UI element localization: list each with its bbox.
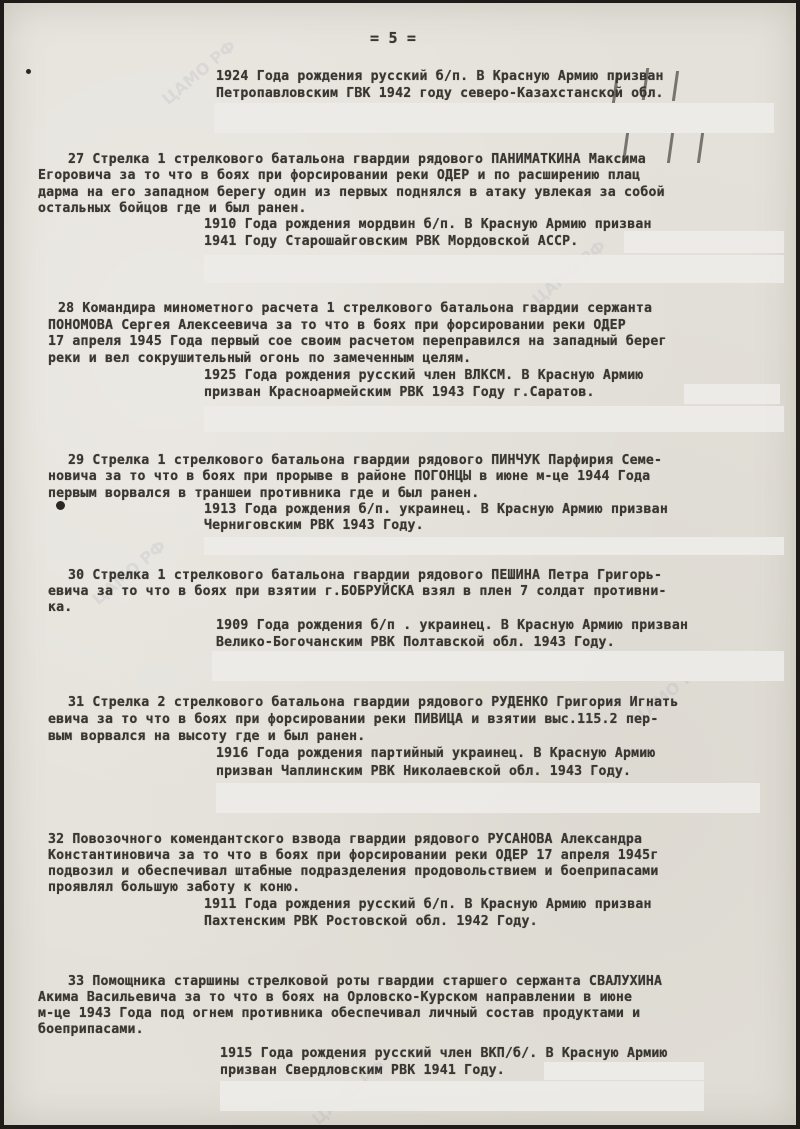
text-line: Петропавловским ГВК 1942 году северо-Каз… [216, 87, 664, 101]
ink-mark [672, 71, 679, 101]
text-line: 1911 Года рождения русский б/п. В Красну… [204, 898, 652, 912]
redaction-box [204, 406, 784, 432]
text-line: ПОНОМОВА Сергея Алексеевича за то что в … [48, 319, 626, 333]
text-line: 31 Стрелка 2 стрелкового батальона гвард… [68, 696, 678, 710]
redaction-box [212, 651, 784, 681]
page-number: = 5 = [370, 31, 416, 45]
text-line: 1915 Года рождения русский член ВКП/б/. … [220, 1047, 668, 1061]
text-line: 1916 Года рождения партийный украинец. В… [216, 747, 656, 761]
text-line: призван Свердловским РВК 1941 Году. [220, 1064, 505, 1078]
text-line: дарма на его западном берегу один из пер… [38, 186, 665, 200]
text-line: м-це 1943 Года под огнем противника обес… [38, 1007, 640, 1021]
text-line: призван Чаплинским РВК Николаевской обл.… [216, 765, 631, 779]
text-line: 1924 Года рождения русский б/п. В Красну… [216, 70, 664, 84]
text-line: первым ворвался в траншеи противника где… [48, 487, 479, 501]
document-page: ЦАМО РФ ЦАМО РФ ЦАМО РФ ЦАМО РФ ЦАМО РФ … [4, 3, 796, 1125]
redaction-box [204, 255, 784, 283]
text-line: 1909 Года рождения б/п . украинец. В Кра… [216, 619, 688, 633]
text-line: ка. [48, 601, 72, 615]
redaction-box [216, 783, 760, 813]
text-line: 1925 Года рождения русский член ВЛКСМ. В… [204, 369, 644, 383]
text-line: 29 Стрелка 1 стрелкового батальона гвард… [68, 454, 662, 468]
text-line: Константиновича за то что в боях при фор… [48, 849, 658, 863]
text-line: 17 апреля 1945 Года первый сое своим рас… [48, 335, 667, 349]
text-line: новича за то что в боях при прорыве в ра… [48, 470, 650, 484]
text-line: 1910 Года рождения мордвин б/п. В Красну… [204, 218, 652, 232]
text-line: евича за то что в боях при взятии г.БОБР… [48, 585, 667, 599]
text-line: призван Красноармейским РВК 1943 Году г.… [204, 386, 595, 400]
text-line: Велико-Богочанским РВК Полтавской обл. 1… [216, 636, 615, 650]
text-line: 32 Повозочного комендантского взвода гва… [48, 833, 642, 847]
redaction-box [624, 231, 784, 253]
text-line: 1941 Году Старошайговским РВК Мордовской… [204, 235, 578, 249]
text-line: 1913 Года рождения б/п. украинец. В Крас… [204, 503, 668, 517]
ink-mark [697, 133, 704, 163]
ink-mark [667, 133, 674, 163]
text-line: 28 Командира минометного расчета 1 стрел… [58, 302, 652, 316]
text-line: вым ворвался на высоту где и был ранен. [48, 730, 365, 744]
text-line: Пахтенским РВК Ростовской обл. 1942 Году… [204, 915, 538, 929]
redaction-box [204, 537, 784, 555]
text-line: реки и вел сокрушительный огонь по замеч… [48, 352, 471, 366]
text-line: евича за то что в боях при форсировании … [48, 713, 658, 727]
text-line: Егоровича за то что в боях при форсирова… [38, 169, 640, 183]
text-line: подвозил и обеспечивал штабные подраздел… [48, 865, 658, 879]
redaction-box [220, 1081, 704, 1111]
text-line: Черниговским РВК 1943 Году. [204, 519, 424, 533]
redaction-box [684, 384, 780, 404]
text-line: 27 Стрелка 1 стрелкового батальона гвард… [68, 153, 646, 167]
redaction-box [544, 1062, 704, 1080]
text-line: 30 Стрелка 1 стрелкового батальона гвард… [68, 569, 662, 583]
ink-spot [26, 69, 31, 74]
text-line: 33 Помощника старшины стрелковой роты гв… [68, 975, 662, 989]
redaction-box [214, 103, 774, 133]
text-line: остальных бойцов где и был ранен. [38, 202, 307, 216]
text-line: Акима Васильевича за то что в боях на Ор… [38, 991, 632, 1005]
text-line: проявлял большую заботу к коню. [48, 881, 300, 895]
ink-spot [56, 501, 65, 510]
text-line: боеприпасами. [38, 1023, 144, 1037]
